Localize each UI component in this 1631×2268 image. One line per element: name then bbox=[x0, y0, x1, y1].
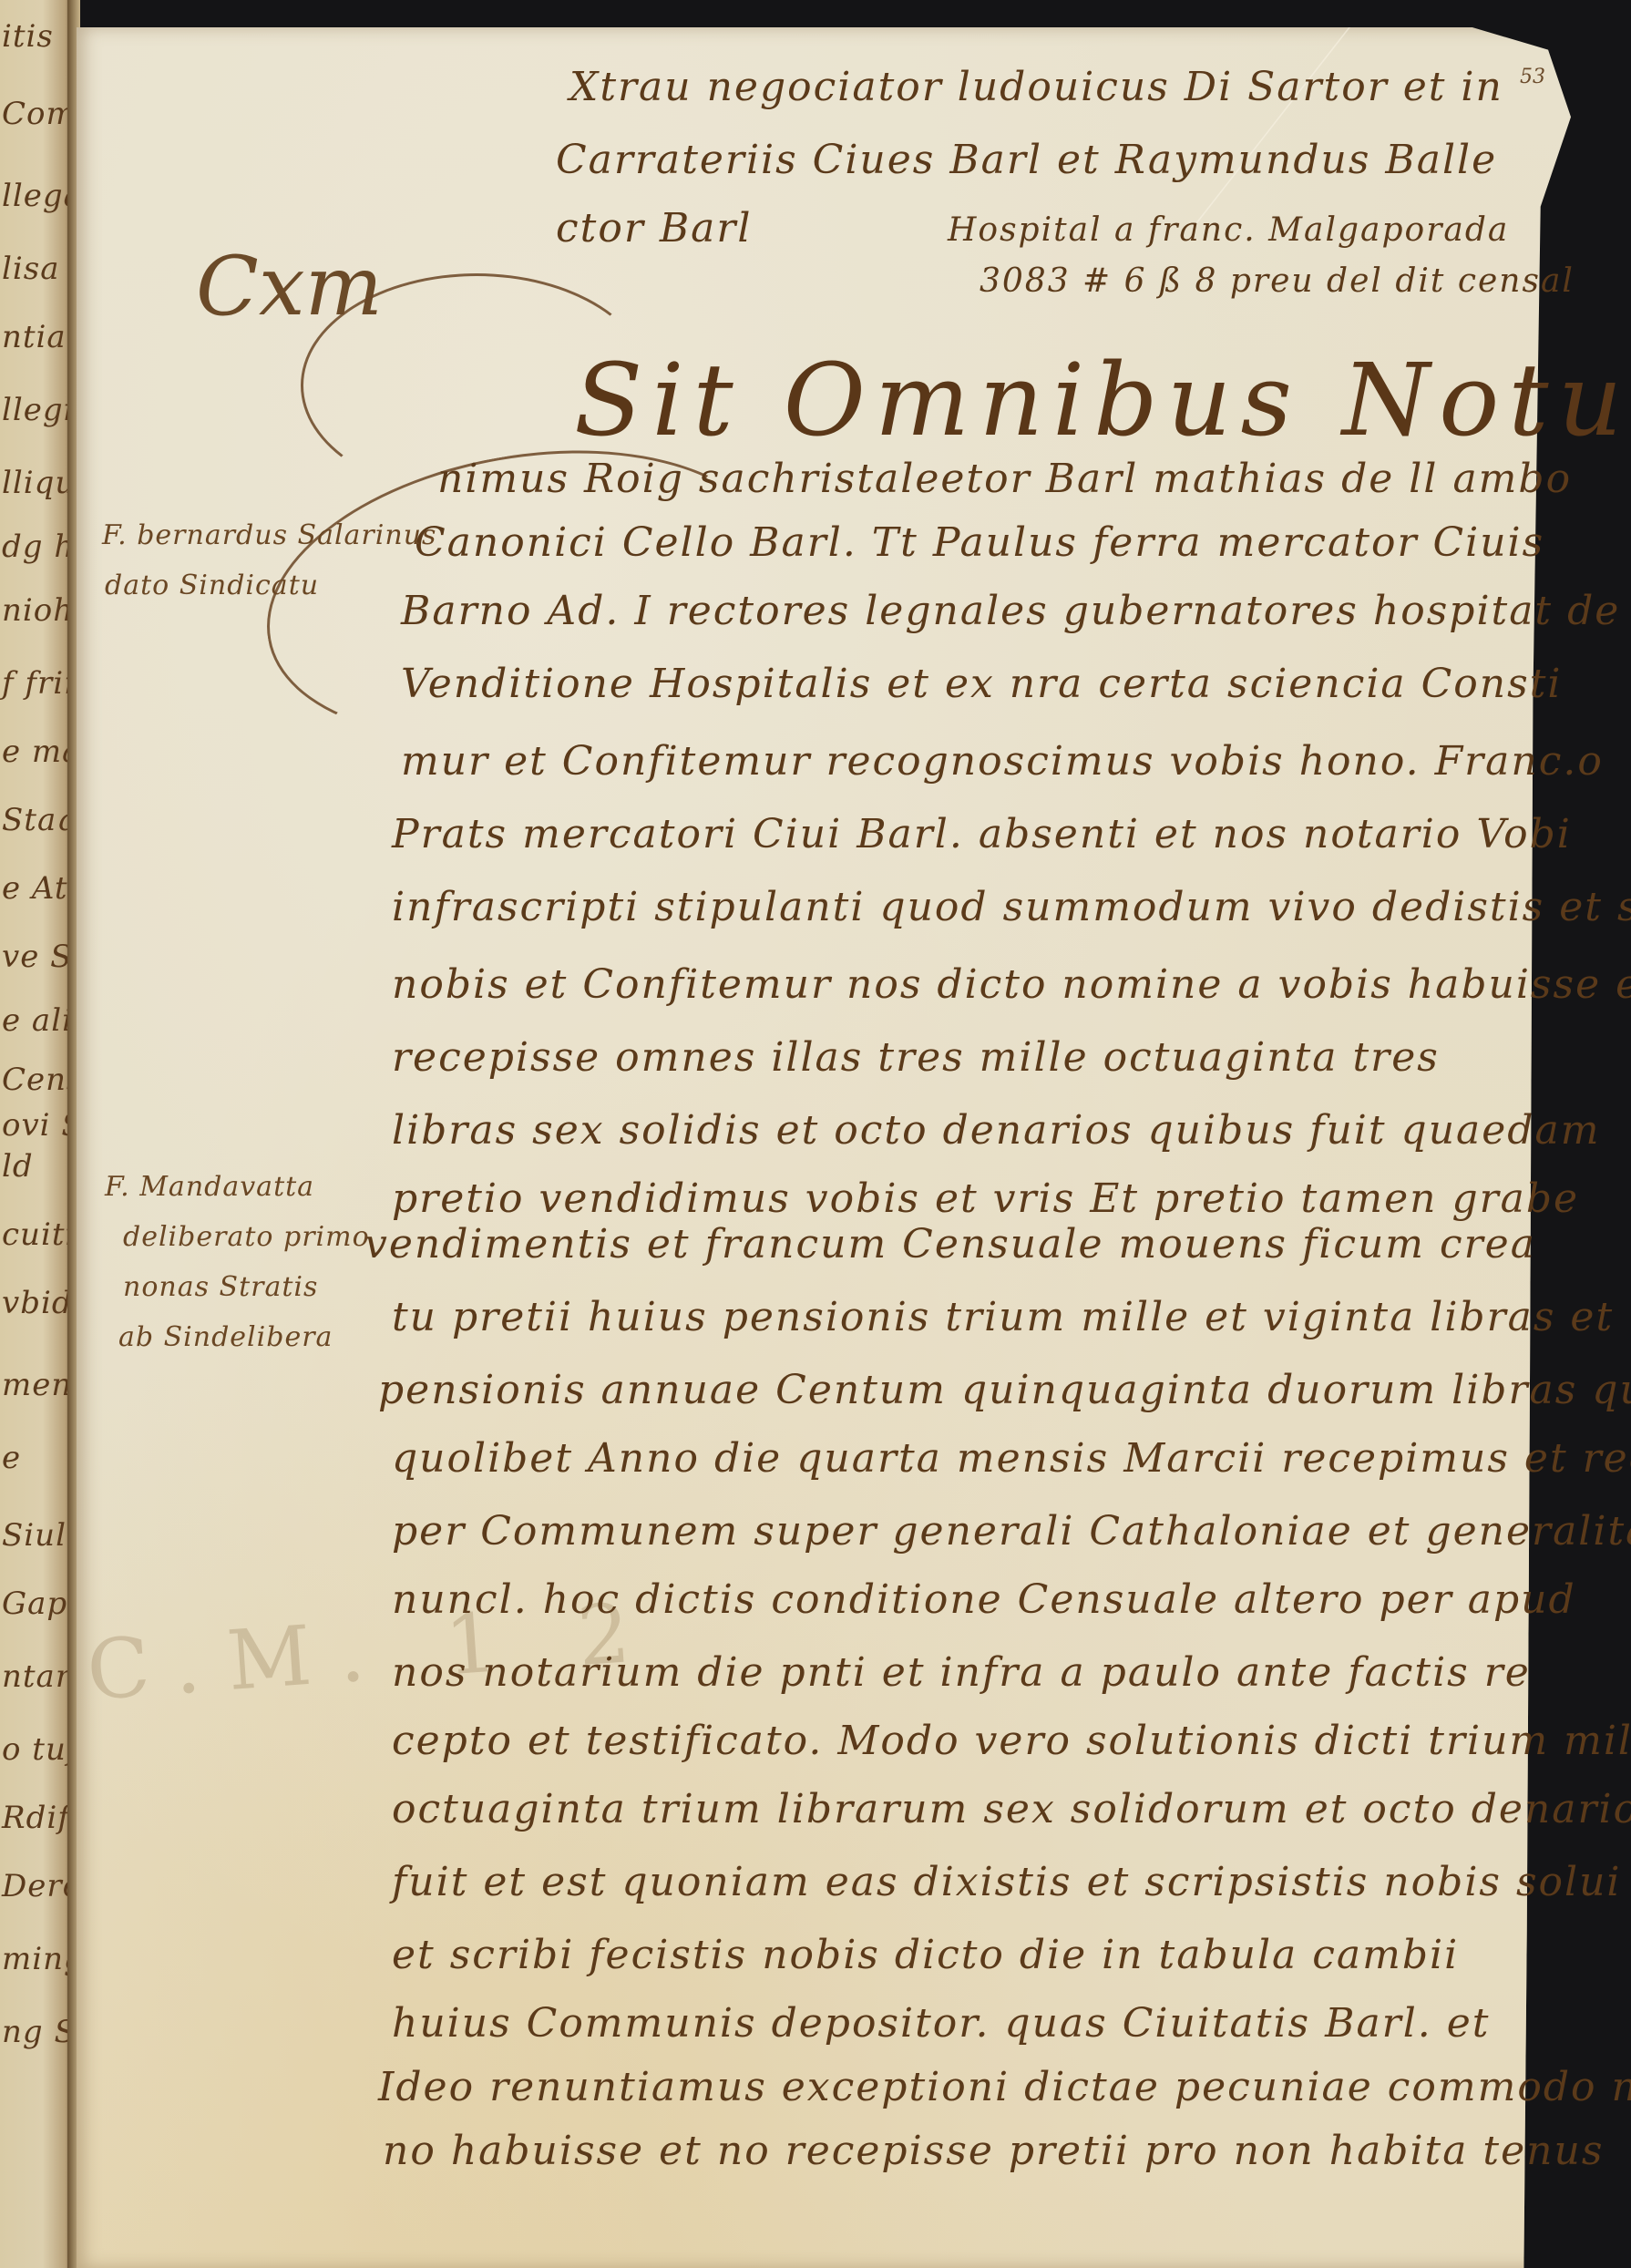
margin-note-line: ab Sindelibera bbox=[118, 1321, 333, 1353]
body-line: Ideo renuntiamus exceptioni dictae pecun… bbox=[378, 2064, 1631, 2110]
body-line: pensionis annuae Centum quinquaginta duo… bbox=[378, 1367, 1631, 1413]
facing-page-line: f frin bbox=[2, 665, 71, 702]
body-line: nobis et Confitemur nos dicto nomine a v… bbox=[392, 961, 1631, 1008]
margin-note-line: dato Sindicatu bbox=[105, 570, 319, 601]
facing-page-line: ming bbox=[2, 1941, 71, 1977]
facing-page-line: ntia bbox=[2, 319, 67, 355]
body-line: Canonici Cello Barl. Tt Paulus ferra mer… bbox=[415, 519, 1544, 566]
body-line: mur et Confitemur recognoscimus vobis ho… bbox=[401, 738, 1604, 785]
body-line: per Communem super generali Cathaloniae … bbox=[392, 1508, 1631, 1555]
body-line: vendimentis et francum Censuale mouens f… bbox=[364, 1221, 1536, 1267]
margin-note-line: deliberato primo bbox=[123, 1221, 370, 1253]
body-line: cepto et testificato. Modo vero solution… bbox=[392, 1718, 1631, 1764]
facing-page-line: e Ata bbox=[2, 870, 71, 907]
body-line: nuncl. hoc dictis conditione Censuale al… bbox=[392, 1576, 1576, 1623]
facing-page-line: Rdif bbox=[2, 1800, 70, 1836]
facing-page-line: itis bbox=[2, 18, 54, 55]
facing-page-line: ve Si bbox=[2, 939, 71, 975]
header-line: Carrateriis Ciues Barl et Raymundus Ball… bbox=[556, 137, 1497, 183]
facing-page-line: o tuf bbox=[2, 1731, 71, 1768]
facing-page: itis Com llega lisa ntia llegiati lliqui… bbox=[0, 0, 71, 2268]
body-line: Prats mercatori Ciui Barl. absenti et no… bbox=[392, 811, 1572, 857]
facing-page-line: Gapiti bbox=[2, 1586, 71, 1622]
body-line: fuit et est quoniam eas dixistis et scri… bbox=[392, 1859, 1622, 1905]
body-line: no habuisse et no recepisse pretii pro n… bbox=[383, 2128, 1604, 2174]
facing-page-line: ng Sy bbox=[2, 2014, 71, 2050]
facing-page-line: llegiati bbox=[2, 392, 71, 428]
facing-page-line: e mat bbox=[2, 734, 71, 770]
margin-note-line: F. bernardus Salarinus bbox=[102, 519, 436, 551]
margin-note-line: F. Mandavatta bbox=[105, 1171, 314, 1203]
facing-page-line: ovi Sen bbox=[2, 1107, 71, 1144]
body-line: huius Communis depositor. quas Ciuitatis… bbox=[392, 2000, 1490, 2047]
body-line: quolibet Anno die quarta mensis Marcii r… bbox=[392, 1435, 1631, 1482]
header-line: Xtrau negociator ludouicus Di Sartor et … bbox=[569, 64, 1503, 110]
header-line: ctor Barl bbox=[556, 205, 753, 251]
body-line: Barno Ad. I rectores legnales gubernator… bbox=[401, 588, 1631, 634]
facing-page-line: Siulis bbox=[2, 1517, 71, 1554]
facing-page-line: e bbox=[2, 1440, 21, 1476]
facing-page-line: Dero bbox=[2, 1868, 71, 1904]
document-heading: Sit Omnibus Notum Q. nos Hiero bbox=[574, 342, 1631, 458]
facing-page-line: cuitim bbox=[2, 1216, 71, 1253]
body-line: Venditione Hospitalis et ex nra certa sc… bbox=[401, 661, 1562, 707]
facing-page-line: Staqu bbox=[2, 802, 71, 838]
body-line: et scribi fecistis nobis dicto die in ta… bbox=[392, 1932, 1459, 1978]
facing-page-line: Censu bbox=[2, 1062, 71, 1098]
body-line: recepisse omnes illas tres mille octuagi… bbox=[392, 1034, 1440, 1081]
body-line: pretio vendidimus vobis et vris Et preti… bbox=[392, 1175, 1579, 1222]
margin-note-line: nonas Stratis bbox=[123, 1271, 318, 1303]
header-annotation: 3083 # 6 ß 8 preu del dit censal bbox=[980, 262, 1575, 300]
header-annotation: Hospital a franc. Malgaporada bbox=[948, 211, 1509, 249]
facing-page-line: lliqui bbox=[2, 465, 71, 501]
facing-page-line: ld bbox=[2, 1148, 34, 1185]
facing-page-line: menc bbox=[2, 1367, 71, 1403]
body-line: tu pretii huius pensionis trium mille et… bbox=[392, 1294, 1614, 1340]
facing-page-line: vbid bbox=[2, 1285, 71, 1321]
facing-page-line: ntami bbox=[2, 1658, 71, 1695]
facing-page-line: llega bbox=[2, 178, 71, 214]
body-line: nos notarium die pnti et infra a paulo a… bbox=[392, 1649, 1531, 1696]
facing-page-line: Com bbox=[2, 96, 71, 132]
body-line: libras sex solidis et octo denarios quib… bbox=[392, 1107, 1600, 1154]
body-line: nimus Roig sachristaleetor Barl mathias … bbox=[437, 456, 1572, 502]
facing-page-line: nioh bbox=[2, 592, 71, 629]
body-line: infrascripti stipulanti quod summodum vi… bbox=[392, 884, 1631, 930]
body-line: octuaginta trium librarum sex solidorum … bbox=[392, 1786, 1631, 1832]
facing-page-line: lisa bbox=[2, 251, 59, 287]
facing-page-line: e alio bbox=[2, 1002, 71, 1039]
facing-page-line: dg ham bbox=[2, 529, 71, 565]
folio-number: 53 bbox=[1520, 66, 1545, 88]
